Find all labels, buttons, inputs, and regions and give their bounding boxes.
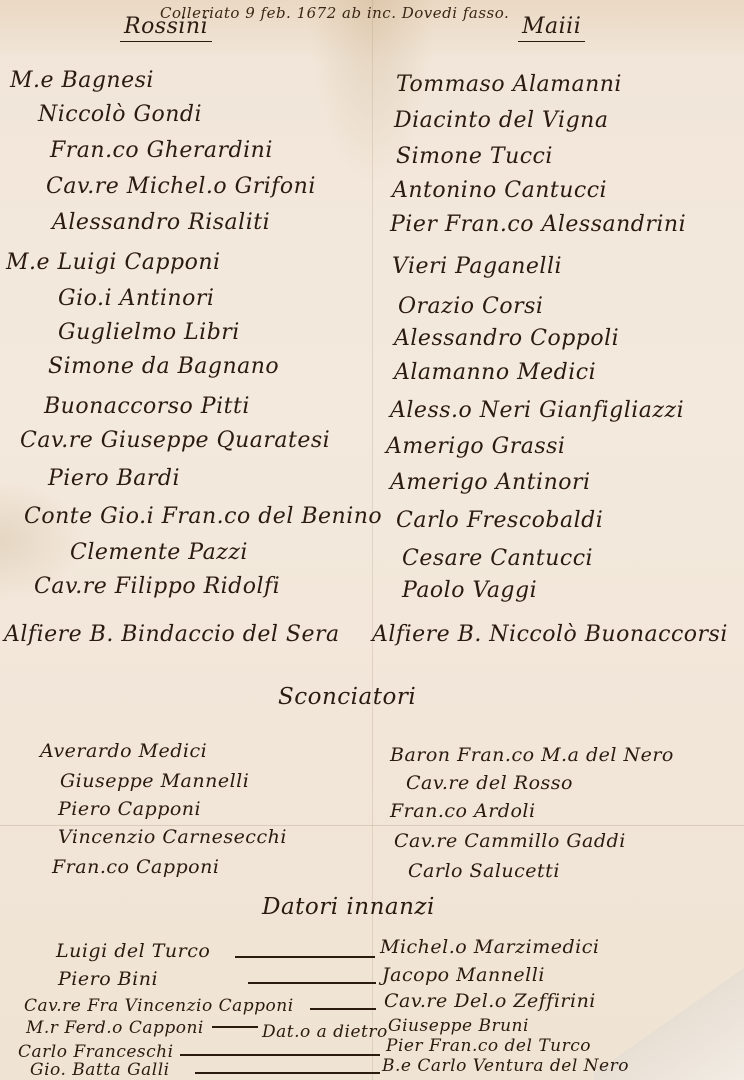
right-name: Orazio Corsi [398, 294, 543, 319]
sconciatori-right-name: Cav.re del Rosso [406, 772, 573, 794]
datori-right-name: Michel.o Marzimedici [380, 936, 599, 958]
right-name: Paolo Vaggi [402, 578, 537, 603]
sconciatori-left-name: Piero Capponi [58, 798, 201, 820]
datori-right-name: Pier Fran.co del Turco [386, 1036, 591, 1056]
datori-middle-note: Dat.o a dietro [262, 1022, 388, 1042]
sconciatori-right-name: Cav.re Cammillo Gaddi [394, 830, 626, 852]
datori-right-name: B.e Carlo Ventura del Nero [382, 1056, 629, 1076]
right-name: Alessandro Coppoli [394, 326, 619, 351]
left-name: Conte Gio.i Fran.co del Benino [24, 504, 382, 529]
datori-left-name: Luigi del Turco [56, 940, 210, 962]
right-name: Cesare Cantucci [402, 546, 593, 571]
left-column-heading: Rossini [120, 14, 212, 42]
alfiere-left: Alfiere B. Bindaccio del Sera [4, 622, 340, 647]
left-name: Niccolò Gondi [38, 102, 202, 127]
sconciatori-left-name: Vincenzio Carnesecchi [58, 826, 287, 848]
right-name: Antonino Cantucci [392, 178, 607, 203]
connector-line [248, 982, 376, 984]
left-name: Piero Bardi [48, 466, 180, 491]
sconciatori-right-name: Fran.co Ardoli [390, 800, 536, 822]
datori-left-name: Carlo Franceschi [18, 1042, 174, 1062]
right-name: Amerigo Antinori [390, 470, 591, 495]
right-name: Aless.o Neri Gianfigliazzi [390, 398, 684, 423]
left-name: Gio.i Antinori [58, 286, 214, 311]
connector-line [195, 1072, 380, 1074]
right-column-heading: Maiii [518, 14, 585, 42]
datori-right-name: Giuseppe Bruni [388, 1016, 529, 1036]
datori-left-name: M.r Ferd.o Capponi [26, 1018, 204, 1038]
right-name: Carlo Frescobaldi [396, 508, 603, 533]
left-name: Alessandro Risaliti [52, 210, 270, 235]
right-name: Vieri Paganelli [392, 254, 562, 279]
datori-right-name: Cav.re Del.o Zeffirini [384, 990, 596, 1012]
left-name: Simone da Bagnano [48, 354, 279, 379]
datori-left-name: Gio. Batta Galli [30, 1060, 170, 1080]
header-note: Colleriato 9 feb. 1672 ab inc. Dovedi fa… [160, 4, 509, 22]
connector-line [310, 1008, 376, 1010]
left-name: Buonaccorso Pitti [44, 394, 250, 419]
alfiere-right: Alfiere B. Niccolò Buonaccorsi [372, 622, 728, 647]
left-name: Guglielmo Libri [58, 320, 240, 345]
connector-line [235, 956, 375, 958]
right-name: Amerigo Grassi [386, 434, 565, 459]
right-name: Tommaso Alamanni [396, 72, 622, 97]
sconciatori-left-name: Giuseppe Mannelli [60, 770, 249, 792]
datori-left-name: Piero Bini [58, 968, 158, 990]
sconciatori-right-name: Carlo Salucetti [408, 860, 560, 882]
left-name: Cav.re Filippo Ridolfi [34, 574, 280, 599]
datori-left-name: Cav.re Fra Vincenzio Capponi [24, 996, 294, 1016]
left-name: Cav.re Giuseppe Quaratesi [20, 428, 330, 453]
left-name: Fran.co Gherardini [50, 138, 273, 163]
left-name: M.e Luigi Capponi [6, 250, 221, 275]
left-name: M.e Bagnesi [10, 68, 154, 93]
sconciatori-right-name: Baron Fran.co M.a del Nero [390, 744, 674, 766]
left-name: Clemente Pazzi [70, 540, 248, 565]
section-title-datori: Datori innanzi [262, 894, 435, 920]
sconciatori-left-name: Averardo Medici [40, 740, 207, 762]
right-name: Pier Fran.co Alessandrini [390, 212, 686, 237]
sconciatori-left-name: Fran.co Capponi [52, 856, 219, 878]
right-name: Diacinto del Vigna [394, 108, 608, 133]
connector-line [212, 1026, 258, 1028]
left-name: Cav.re Michel.o Grifoni [46, 174, 316, 199]
connector-line [180, 1054, 380, 1056]
right-name: Simone Tucci [396, 144, 553, 169]
manuscript-page: Colleriato 9 feb. 1672 ab inc. Dovedi fa… [0, 0, 744, 1080]
datori-right-name: Jacopo Mannelli [382, 964, 545, 986]
right-name: Alamanno Medici [394, 360, 596, 385]
section-title-sconciatori: Sconciatori [278, 684, 416, 710]
